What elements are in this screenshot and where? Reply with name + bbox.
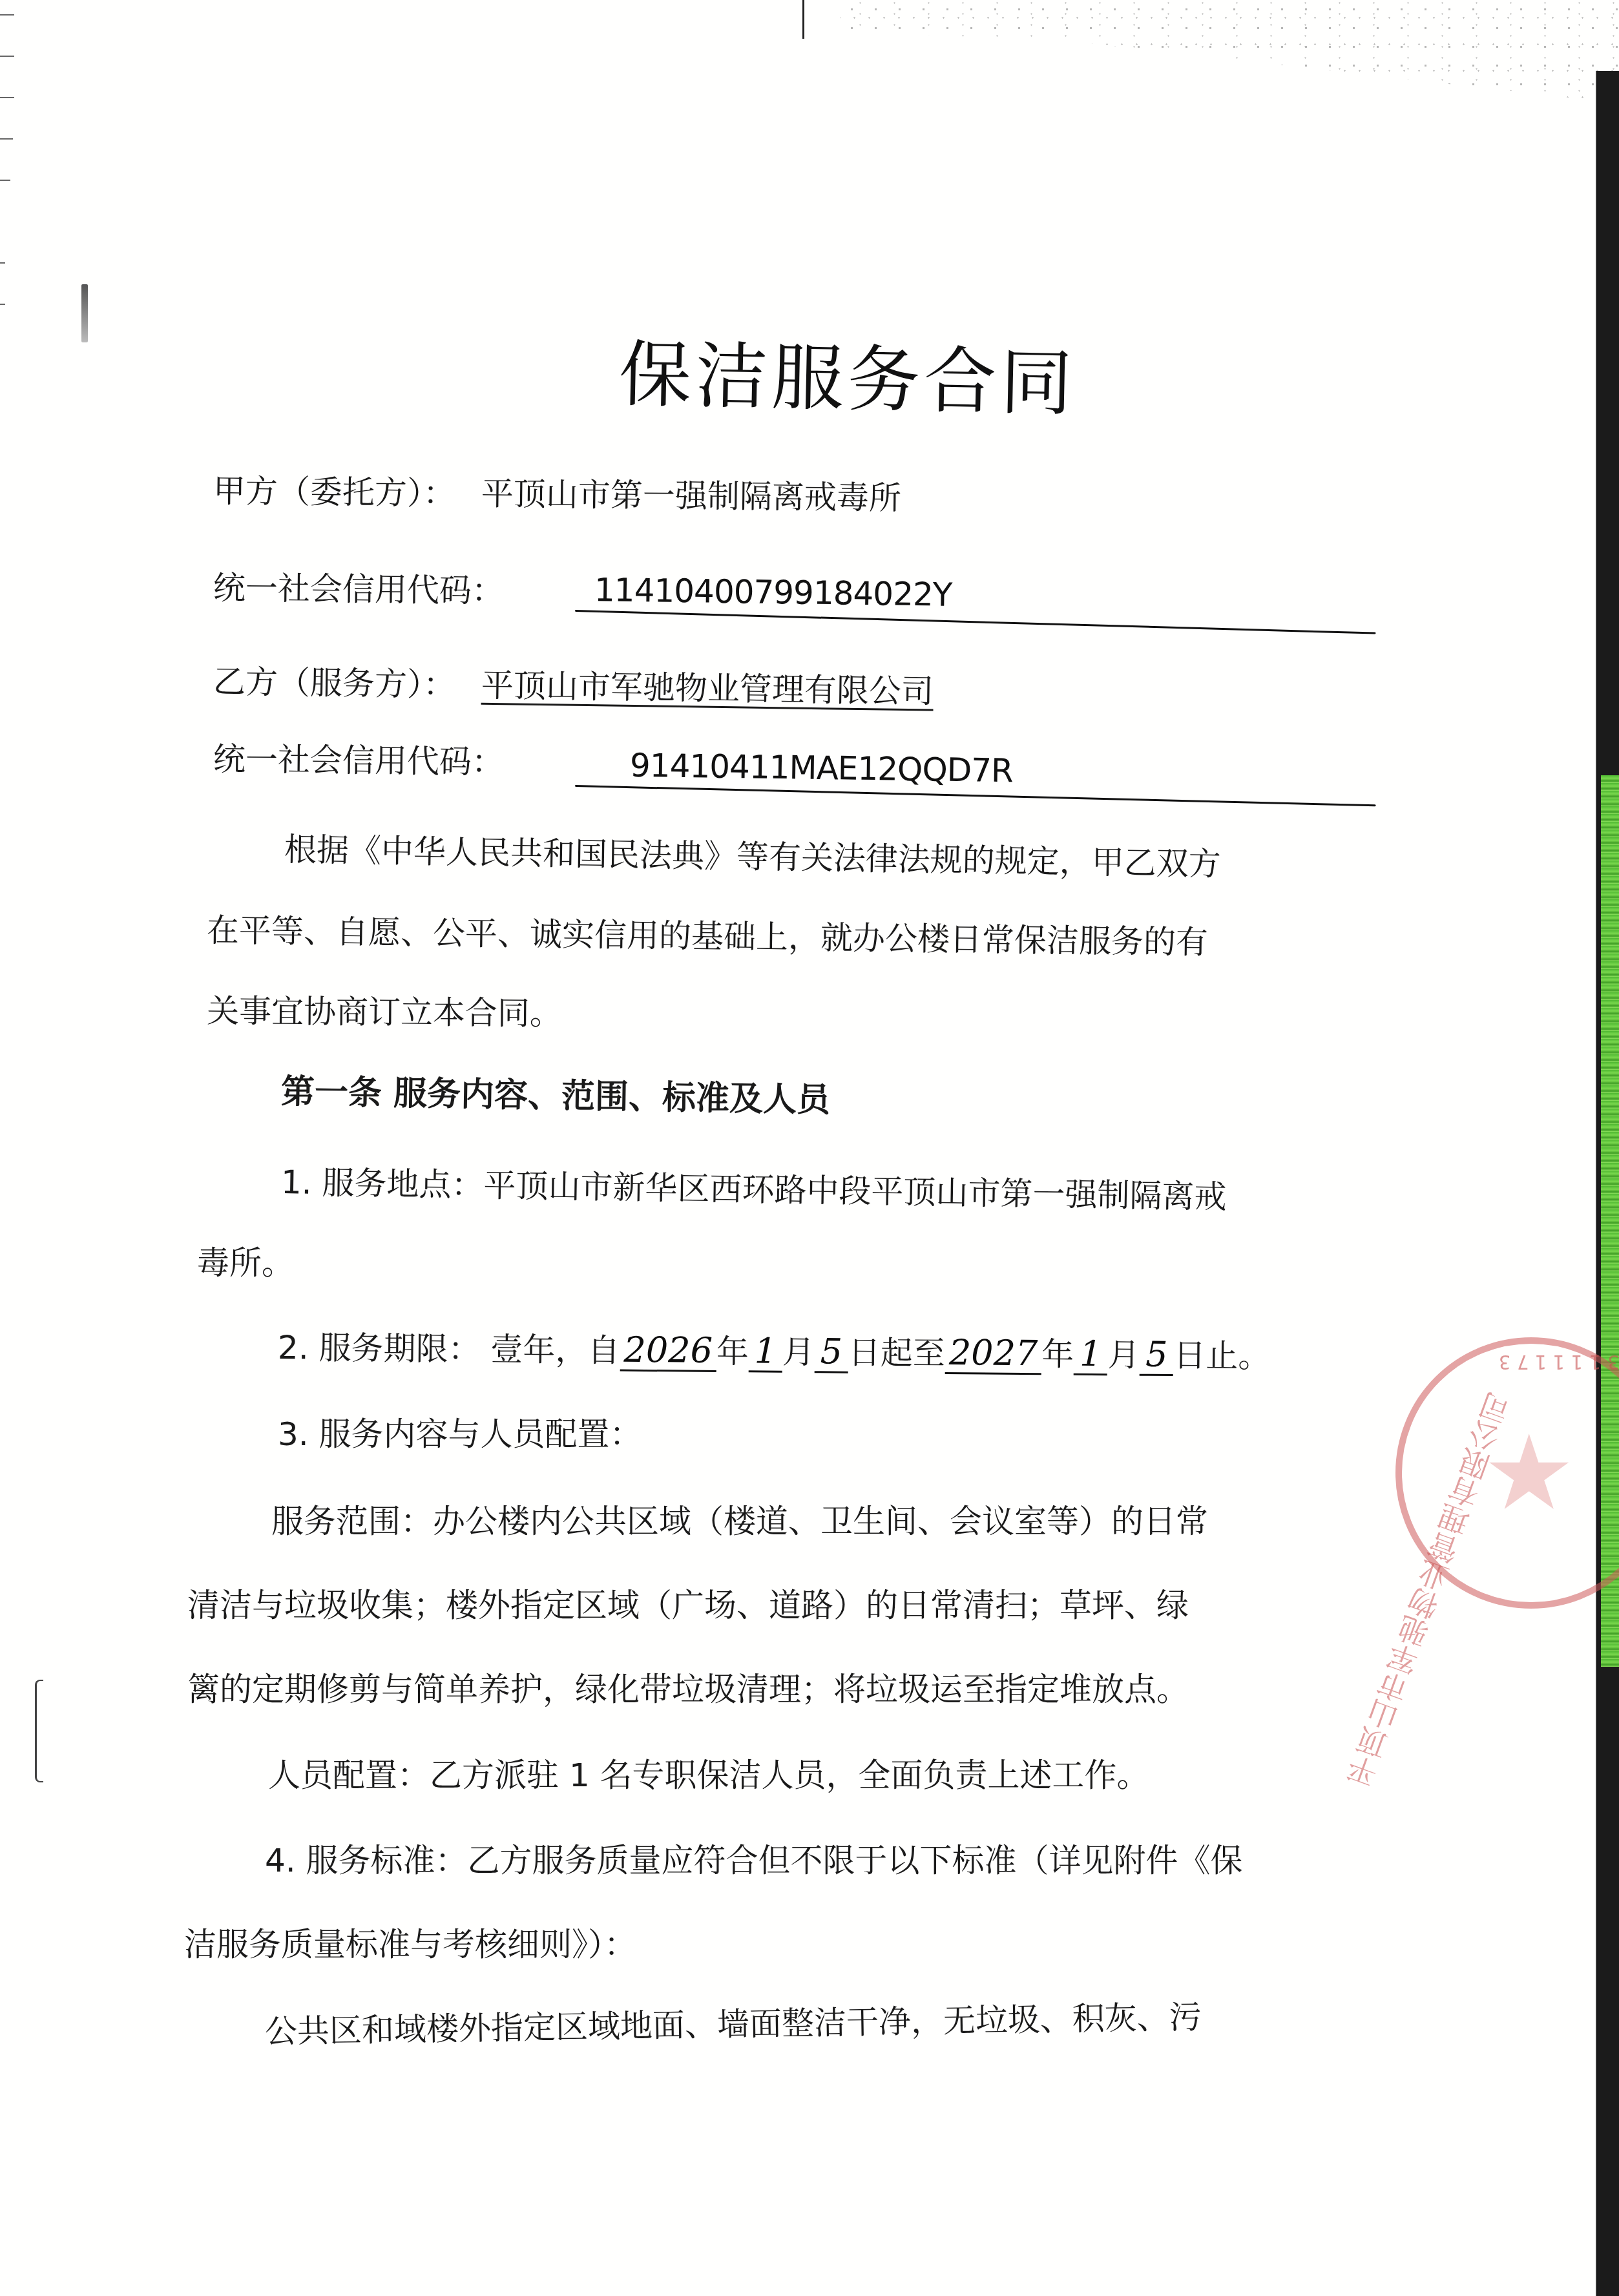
end-day-handwritten: 5	[1140, 1335, 1174, 1376]
month-char: 月	[782, 1333, 815, 1371]
day-to-text: 日止。	[1173, 1337, 1271, 1375]
party-a-label: 甲方（委托方）：	[213, 472, 456, 513]
service-term-prefix: 2. 服务期限： 壹年，自	[278, 1329, 620, 1370]
party-b-credit-code-label: 统一社会信用代码：	[213, 740, 505, 781]
party-a-credit-code-row: 统一社会信用代码：	[213, 569, 505, 611]
staffing-line: 人员配置：乙方派驻 1 名专职保洁人员，全面负责上述工作。	[268, 1756, 1149, 1795]
scanned-contract-page: 保洁服务合同 甲方（委托方）：平顶山市第一强制隔离戒毒所 统一社会信用代码： 1…	[0, 0, 1619, 2296]
end-month-handwritten: 1	[1074, 1335, 1108, 1375]
day-from-text: 日起至	[848, 1334, 946, 1372]
party-b-name: 平顶山市军驰物业管理有限公司	[481, 666, 934, 711]
item-1-line-2: 毒所。	[197, 1244, 294, 1282]
service-scope-line-2: 清洁与垃圾收集；楼外指定区域（广场、道路）的日常清扫；草坪、绿	[187, 1586, 1189, 1625]
party-a-name: 平顶山市第一强制隔离戒毒所	[481, 474, 902, 517]
binding-margin-ticks	[0, 0, 19, 517]
document-title: 保洁服务合同	[618, 317, 1078, 430]
party-a-credit-code-label: 统一社会信用代码：	[213, 569, 505, 610]
article-1-heading: 第一条 服务内容、范围、标准及人员	[281, 1072, 831, 1120]
party-a-row: 甲方（委托方）：平顶山市第一强制隔离戒毒所	[213, 472, 902, 517]
scan-noise-artifact	[840, 0, 1619, 103]
margin-bracket-mark	[35, 1680, 43, 1782]
item-4-line-2: 洁服务质量标准与考核细则》）：	[184, 1925, 636, 1964]
preamble-line-1: 根据《中华人民共和国民法典》等有关法律法规的规定，甲乙双方	[284, 830, 1222, 884]
seal-number: 4103111173	[1492, 1350, 1619, 1373]
item-1-line-1: 1. 服务地点：平顶山市新华区西环路中段平顶山市第一强制隔离戒	[281, 1163, 1227, 1216]
preamble-line-3: 关事宜协商订立本合同。	[207, 992, 562, 1033]
party-a-credit-code: 11410400799184022Y	[594, 571, 952, 614]
start-day-handwritten: 5	[815, 1332, 849, 1373]
item-2-service-term: 2. 服务期限： 壹年，自2026年1月5日起至2027年1月5日止。	[278, 1328, 1271, 1377]
year-char: 年	[1041, 1335, 1074, 1373]
item-4-line-1: 4. 服务标准：乙方服务质量应符合但不限于以下标准（详见附件《保	[265, 1841, 1243, 1880]
start-month-handwritten: 1	[749, 1331, 783, 1372]
party-b-credit-code-row: 统一社会信用代码：	[213, 740, 505, 782]
service-scope-line-3: 篱的定期修剪与简单养护，绿化带垃圾清理；将垃圾运至指定堆放点。	[187, 1670, 1189, 1709]
standard-1-partial-line: 公共区和域楼外指定区域地面、墙面整洁干净，无垃圾、积灰、污	[265, 1998, 1202, 2051]
start-year-handwritten: 2026	[620, 1331, 716, 1372]
party-b-credit-code: 91410411MAE12QQD7R	[630, 747, 1014, 789]
end-year-handwritten: 2027	[945, 1333, 1042, 1375]
service-scope-line-1: 服务范围：办公楼内公共区域（楼道、卫生间、会议室等）的日常	[271, 1502, 1208, 1541]
party-b-row: 乙方（服务方）：平顶山市军驰物业管理有限公司	[213, 662, 934, 711]
page-edge-line	[802, 0, 804, 39]
item-3-heading: 3. 服务内容与人员配置：	[278, 1415, 642, 1454]
party-a-credit-code-underline	[575, 610, 1376, 634]
year-char: 年	[716, 1333, 749, 1370]
month-char: 月	[1107, 1336, 1140, 1373]
staple-mark	[81, 284, 88, 342]
preamble-line-2: 在平等、自愿、公平、诚实信用的基础上，就办公楼日常保洁服务的有	[207, 911, 1209, 962]
party-b-label: 乙方（服务方）：	[213, 662, 456, 704]
